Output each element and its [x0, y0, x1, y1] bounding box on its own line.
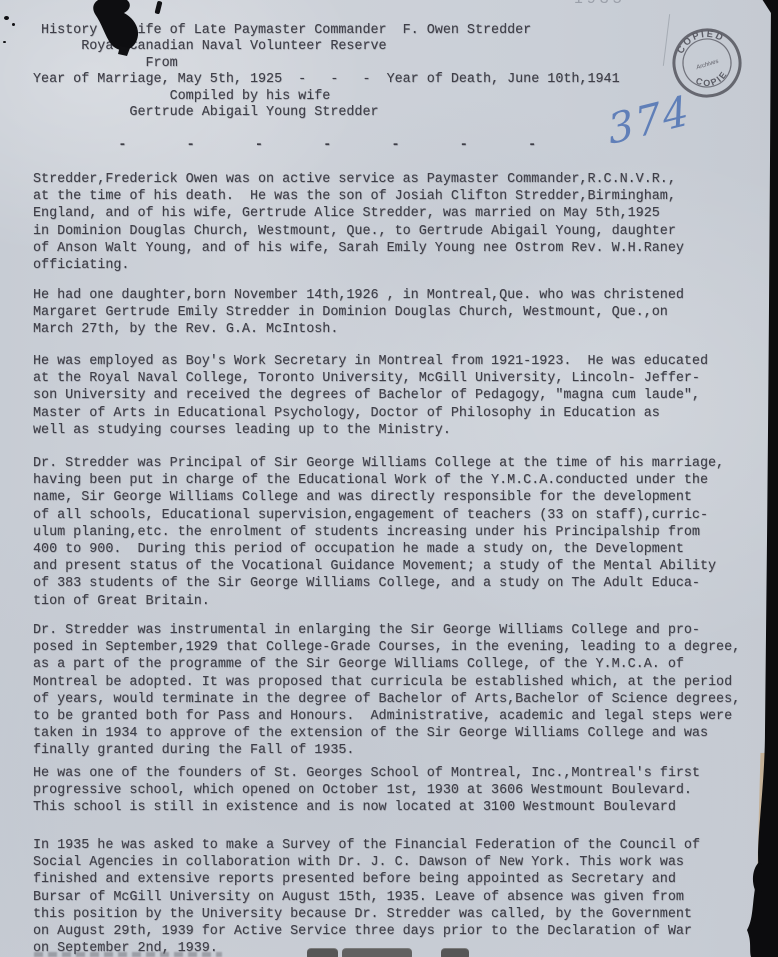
- paragraph-principal-sgwc: Dr. Stredder was Principal of Sir George…: [33, 455, 763, 610]
- ink-speck: [4, 16, 9, 20]
- paragraph-st-georges-school: He was one of the founders of St. George…: [33, 765, 763, 817]
- ink-speck: [3, 41, 6, 43]
- cutoff-text-smudge: [34, 952, 222, 957]
- scan-corner-black: [750, 0, 778, 24]
- scanned-document-page: { "page": { "handwritten_number": "374",…: [0, 0, 778, 957]
- paragraph-biography-marriage: Stredder,Frederick Owen was on active se…: [33, 171, 763, 274]
- viewer-toolbar-button-left[interactable]: [307, 948, 338, 957]
- under-paper-sliver: [758, 753, 771, 865]
- paragraph-daughter: He had one daughter,born November 14th,1…: [33, 287, 763, 339]
- viewer-toolbar-button-center[interactable]: [342, 948, 412, 957]
- paragraph-college-expansion: Dr. Stredder was instrumental in enlargi…: [33, 622, 763, 760]
- ink-blot: [80, 0, 180, 62]
- stamp-text-middle: Archives: [695, 59, 720, 72]
- ink-blot-shape: [80, 0, 180, 62]
- paragraph-education: He was employed as Boy's Work Secretary …: [33, 353, 763, 439]
- viewer-toolbar-button-right[interactable]: [441, 948, 469, 957]
- paragraph-mcgill-war-service: In 1935 he was asked to make a Survey of…: [33, 837, 763, 957]
- ink-speck: [12, 23, 15, 26]
- pencil-mark-top-edge: 1935: [574, 0, 626, 8]
